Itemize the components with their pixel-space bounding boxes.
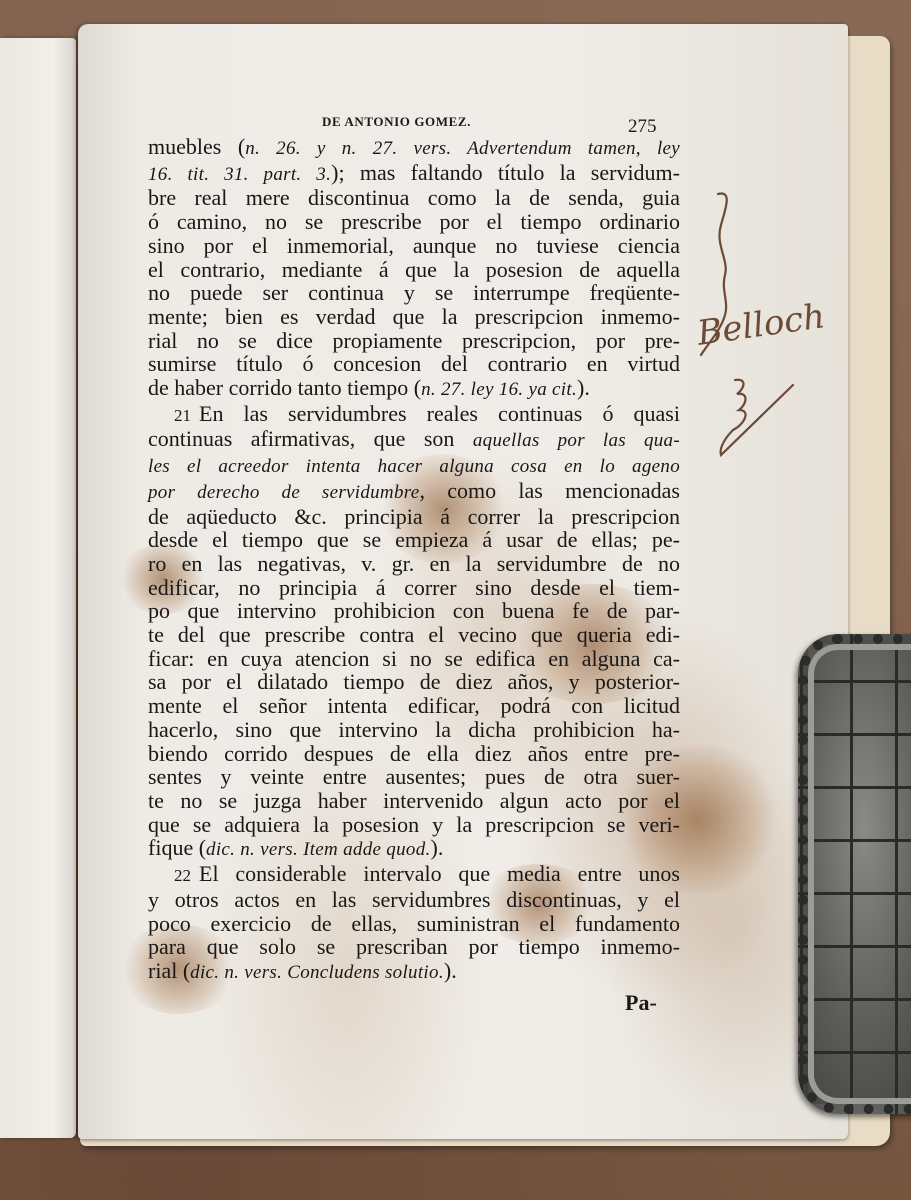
text-line: bre real mere discontinua como la de sen… <box>148 186 680 210</box>
text-line: que se adquiera la posesion y la prescri… <box>148 813 680 837</box>
text-line: y otros actos en las servidumbres discon… <box>148 888 680 912</box>
text-line: mente; bien es verdad que la prescripcio… <box>148 305 680 329</box>
text-line: edificar, no principia á correr sino des… <box>148 576 680 600</box>
running-header: DE ANTONIO GOMEZ. <box>322 114 471 130</box>
text-line: biendo corrido despues de ella diez años… <box>148 742 680 766</box>
body-text: muebles (n. 26. y n. 27. vers. Advertend… <box>148 135 680 985</box>
text-line: rial (dic. n. vers. Concludens solutio.)… <box>148 959 680 985</box>
text-line: por derecho de servidumbre, como las men… <box>148 479 680 505</box>
text-line: de haber corrido tanto tiempo (n. 27. le… <box>148 376 680 402</box>
text-line: sumirse título ó concesion del contrario… <box>148 352 680 376</box>
paragraph-21-start: 21En las servidumbres reales continuas ó… <box>148 402 680 428</box>
text-line: continuas afirmativas, que son aquellas … <box>148 427 680 453</box>
text-line: ó camino, no se prescribe por el tiempo … <box>148 210 680 234</box>
text-line: muebles (n. 26. y n. 27. vers. Advertend… <box>148 135 680 161</box>
text-line: no puede ser continua y se interrumpe fr… <box>148 281 680 305</box>
text-line: po que intervino prohibicion con buena f… <box>148 599 680 623</box>
handwritten-annotation: Belloch <box>685 180 815 470</box>
catchword: Pa- <box>625 990 657 1016</box>
text-line: mente el señor intenta edificar, podrá c… <box>148 694 680 718</box>
text-line: hacerlo, sino que intervino la dicha pro… <box>148 718 680 742</box>
paragraph-22-start: 22El considerable intervalo que media en… <box>148 862 680 888</box>
facing-page-edge <box>0 38 76 1138</box>
metal-page-weight <box>798 634 911 1114</box>
text-line: el contrario, mediante á que la posesion… <box>148 258 680 282</box>
text-line: sentes y veinte entre ausentes; pues de … <box>148 765 680 789</box>
text-line: ro en las negativas, v. gr. en la servid… <box>148 552 680 576</box>
paragraph-number: 22 <box>174 866 191 885</box>
text-line: te no se juzga haber intervenido algun a… <box>148 789 680 813</box>
text-line: desde el tiempo que se empieza á usar de… <box>148 528 680 552</box>
text-line: te del que prescribe contra el vecino qu… <box>148 623 680 647</box>
text-line: sino por el inmemorial, aunque no tuvies… <box>148 234 680 258</box>
paragraph-number: 21 <box>174 406 191 425</box>
text-line: poco exercicio de ellas, suministran el … <box>148 912 680 936</box>
text-line: sa por el dilatado tiempo de diez años, … <box>148 670 680 694</box>
text-line: fique (dic. n. vers. Item adde quod.). <box>148 836 680 862</box>
text-line: ficar: en cuya atencion si no se edifica… <box>148 647 680 671</box>
text-line: les el acreedor intenta hacer alguna cos… <box>148 453 680 479</box>
text-line: rial no se dice propiamente prescripcion… <box>148 329 680 353</box>
text-line: 16. tit. 31. part. 3.); mas faltando tít… <box>148 161 680 187</box>
text-line: de aqüeducto &c. principia á correr la p… <box>148 505 680 529</box>
text-line: para que solo se prescriban por tiempo i… <box>148 935 680 959</box>
